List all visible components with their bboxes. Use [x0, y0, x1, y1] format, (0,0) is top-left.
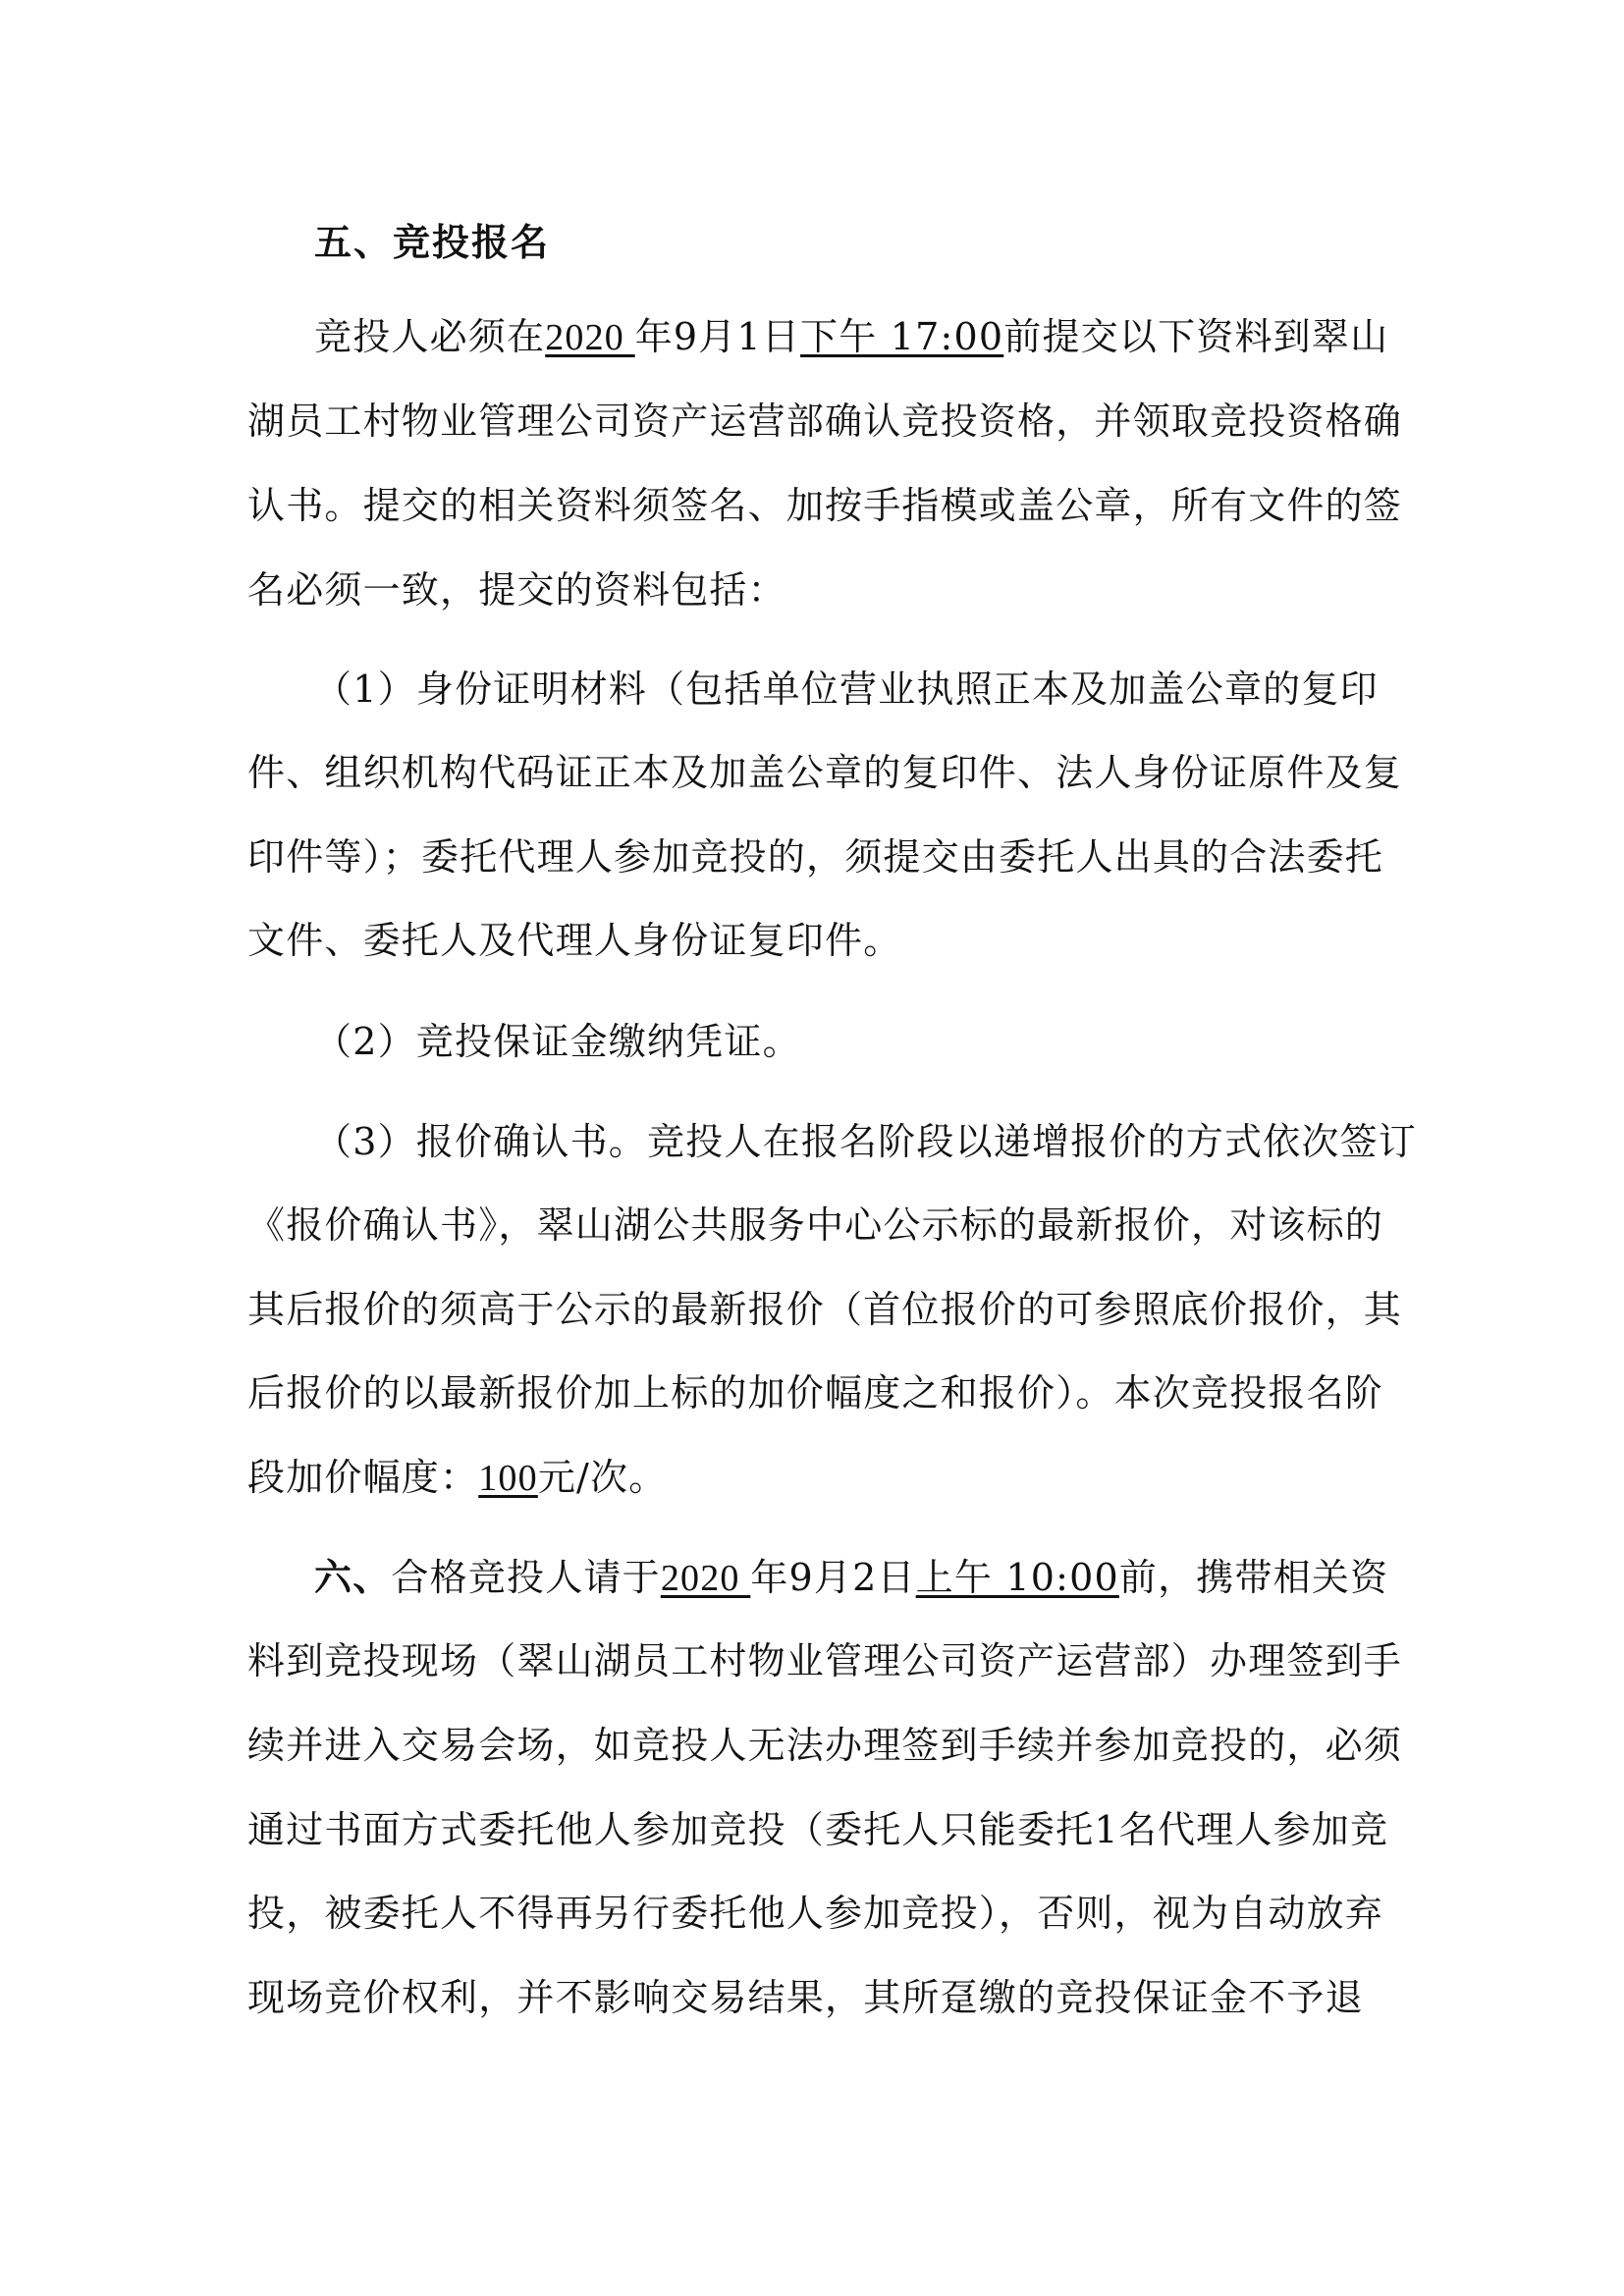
text-span: 竞投人必须在: [314, 315, 545, 358]
text-span: 元/次。: [538, 1456, 668, 1499]
text-span: 年9月2日: [750, 1556, 915, 1599]
list-item-deposit-receipt: （2）竞投保证金缴纳凭证。: [314, 1018, 1453, 1065]
paragraph-line: 料到竞投现场（翠山湖员工村物业管理公司资产运营部）办理签到手: [247, 1637, 1386, 1684]
deadline-time: 下午 17:00: [800, 315, 1003, 358]
paragraph-line: 湖员工村物业管理公司资产运营部确认竞投资格，并领取竞投资格确: [247, 398, 1386, 445]
signin-year: 2020: [661, 1558, 751, 1599]
paragraph-line: 续并进入交易会场，如竞投人无法办理签到手续并参加竞投的，必须: [247, 1722, 1386, 1769]
section-six-label: 六、: [314, 1556, 391, 1599]
list-item-identity-documents: （1）身份证明材料（包括单位营业执照正本及加盖公章的复印: [314, 666, 1453, 713]
paragraph-line: 《报价确认书》，翠山湖公共服务中心公示标的最新报价，对该标的: [247, 1201, 1386, 1249]
text-span: 合格竞投人请于: [391, 1556, 660, 1599]
signin-time: 上午 10:00: [916, 1556, 1119, 1599]
paragraph-line: 段加价幅度：100元/次。: [247, 1454, 1386, 1501]
text-span: 前，携带相关资: [1119, 1556, 1388, 1599]
paragraph-line: 名必须一致，提交的资料包括：: [247, 566, 1386, 614]
bid-increment-amount: 100: [478, 1458, 538, 1499]
paragraph-line: 其后报价的须高于公示的最新报价（首位报价的可参照底价报价，其: [247, 1286, 1386, 1333]
paragraph-line: 件、组织机构代码证正本及加盖公章的复印件、法人身份证原件及复: [247, 749, 1386, 796]
text-span: 年9月1日: [635, 315, 800, 358]
text-span: 段加价幅度：: [247, 1456, 478, 1499]
document-page: 五、竞投报名 竞投人必须在2020 年9月1日下午 17:00前提交以下资料到翠…: [0, 0, 1624, 2296]
text-span: 前提交以下资料到翠山: [1003, 315, 1388, 358]
paragraph-line: 印件等）；委托代理人参加竞投的，须提交由委托人出具的合法委托: [247, 833, 1386, 881]
paragraph-line: 文件、委托人及代理人身份证复印件。: [247, 917, 1386, 964]
section-heading-registration: 五、竞投报名: [314, 219, 1453, 266]
list-item-quote-confirmation: （3）报价确认书。竞投人在报名阶段以递增报价的方式依次签订: [314, 1118, 1453, 1165]
paragraph-line: 认书。提交的相关资料须签名、加按手指模或盖公章，所有文件的签: [247, 482, 1386, 529]
paragraph-line: 竞投人必须在2020 年9月1日下午 17:00前提交以下资料到翠山: [314, 313, 1453, 360]
section-six-line: 六、合格竞投人请于2020 年9月2日上午 10:00前，携带相关资: [314, 1554, 1453, 1601]
paragraph-line: 现场竞价权利，并不影响交易结果，其所趸缴的竞投保证金不予退: [247, 1974, 1386, 2021]
paragraph-line: 通过书面方式委托他人参加竞投（委托人只能委托1名代理人参加竞: [247, 1806, 1386, 1853]
paragraph-line: 投，被委托人不得再另行委托他人参加竞投），否则，视为自动放弃: [247, 1890, 1386, 1937]
deadline-year: 2020: [545, 317, 635, 358]
paragraph-line: 后报价的以最新报价加上标的加价幅度之和报价）。本次竞投报名阶: [247, 1369, 1386, 1416]
